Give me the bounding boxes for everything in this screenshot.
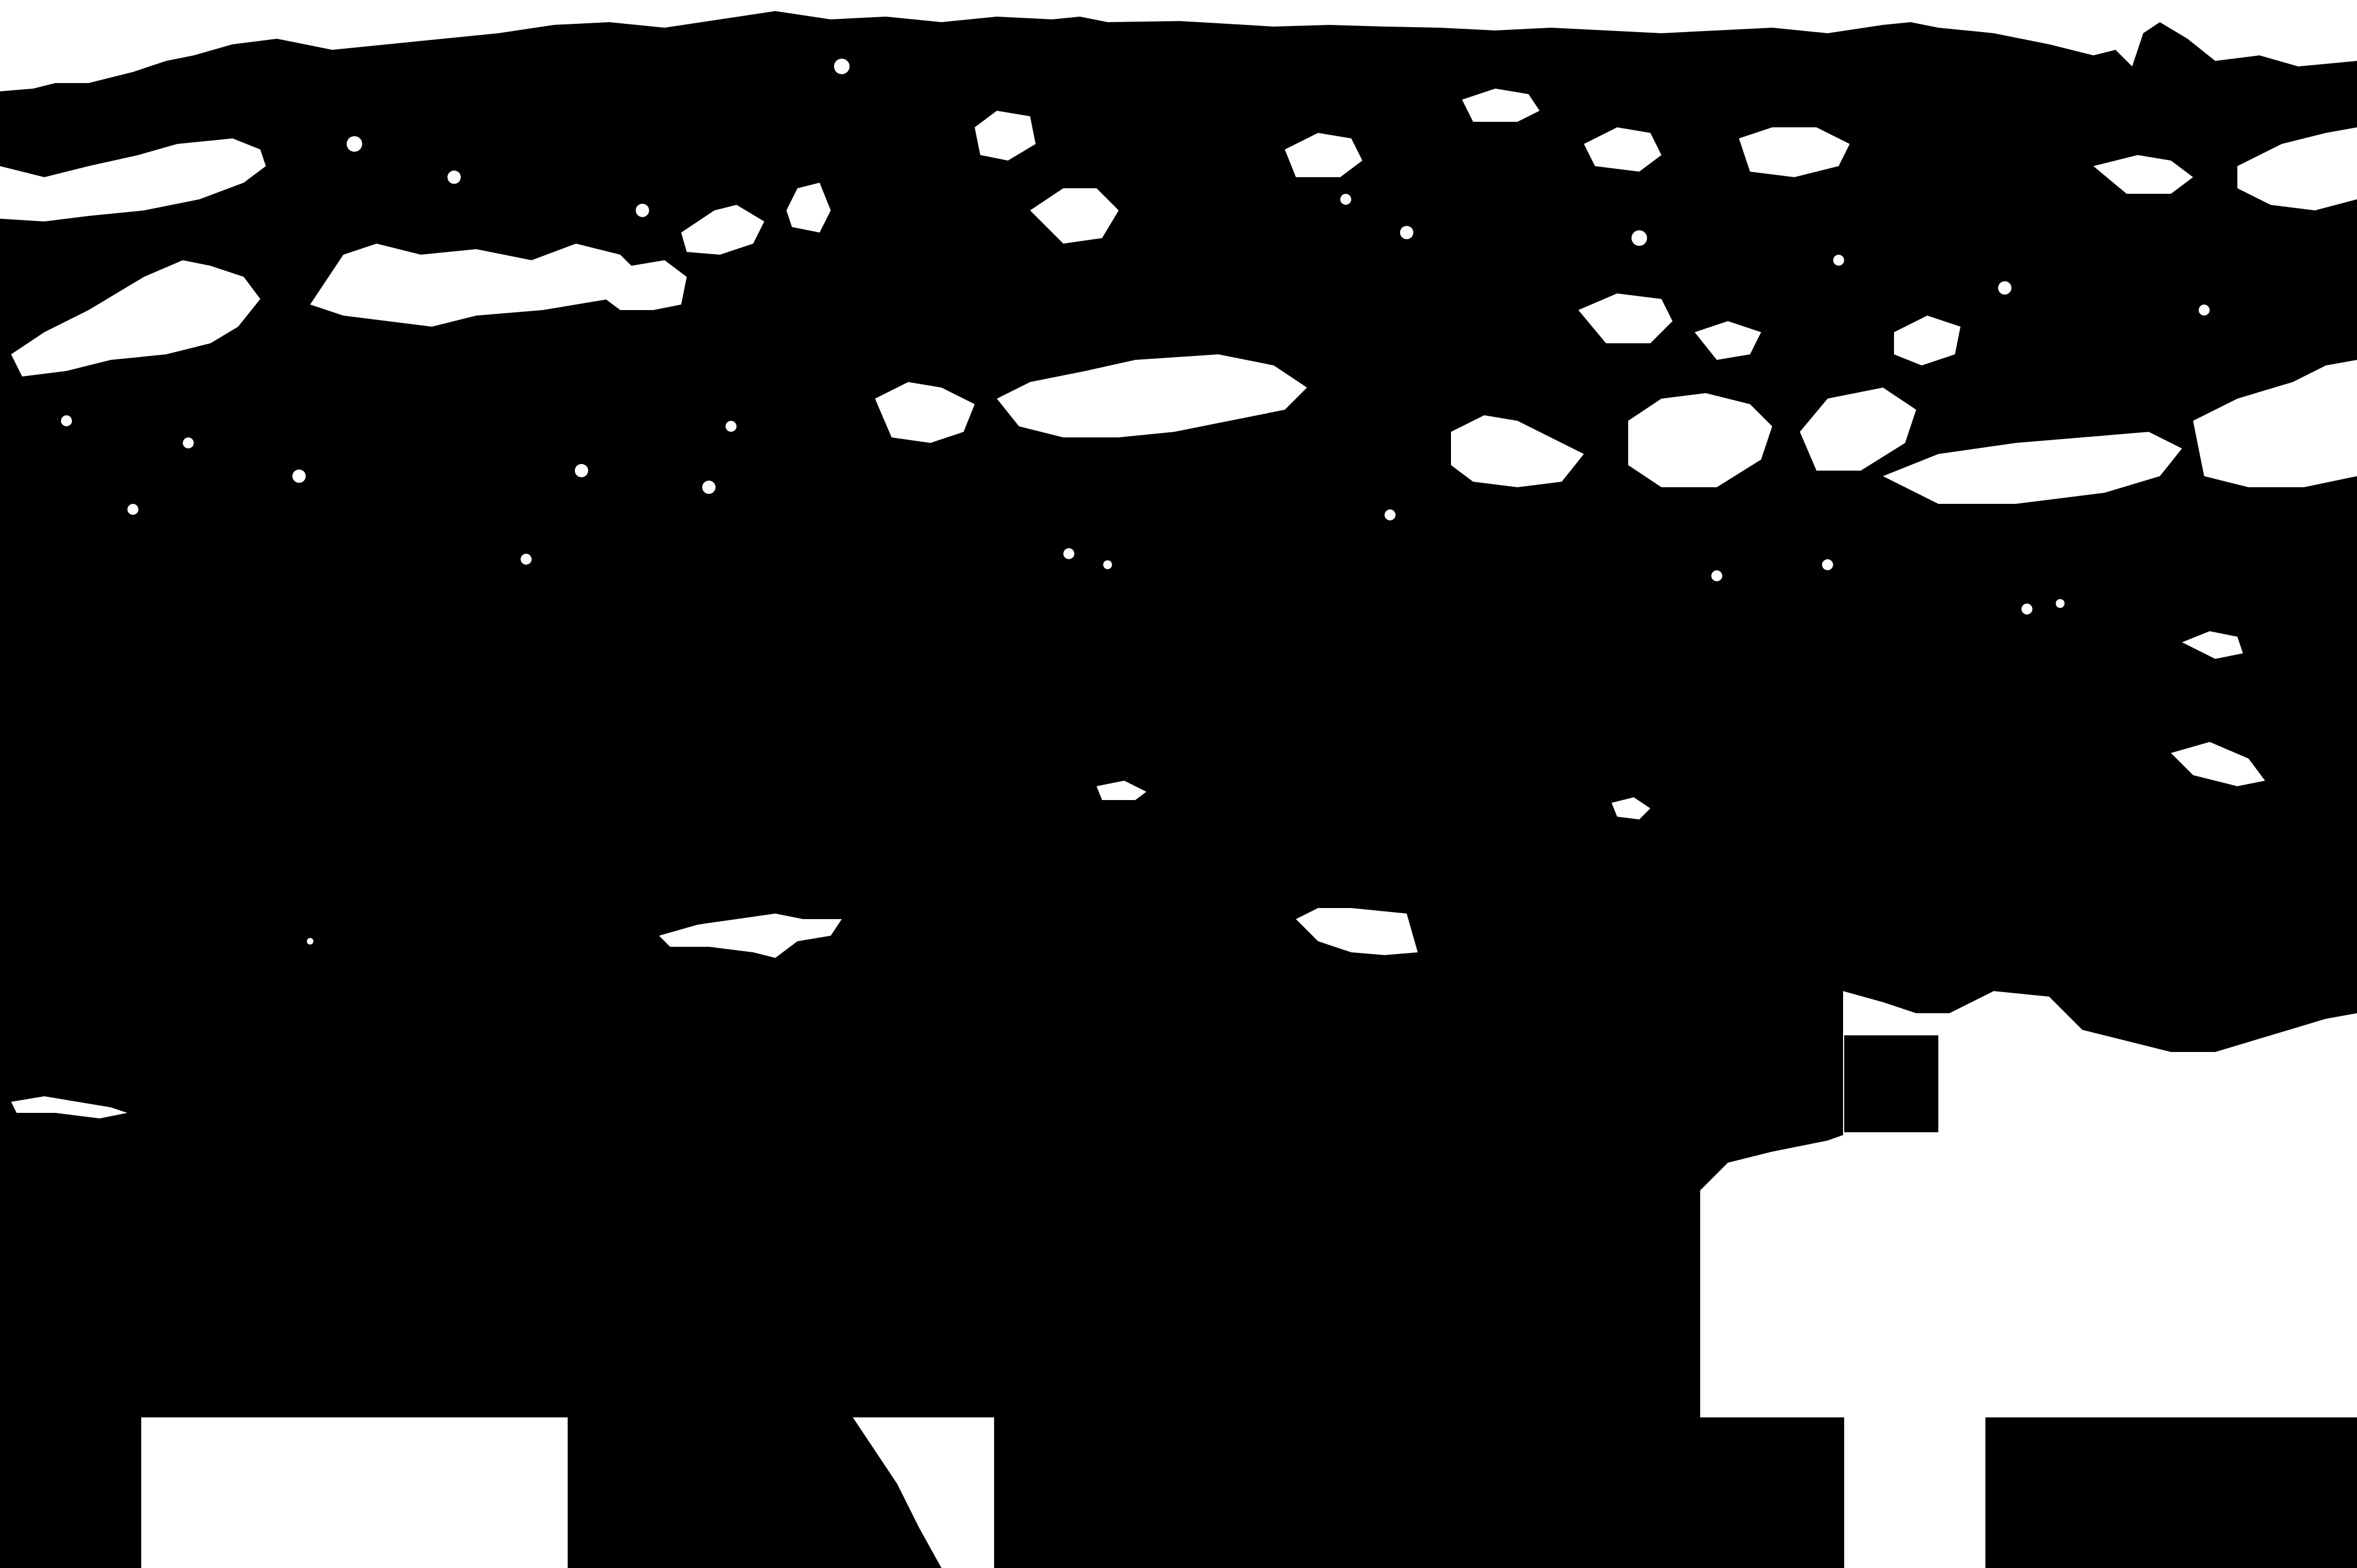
binary-mask-image (0, 0, 2357, 1568)
lower-left-white-tile (141, 1417, 568, 1568)
dark-inset (1844, 1035, 1938, 1132)
